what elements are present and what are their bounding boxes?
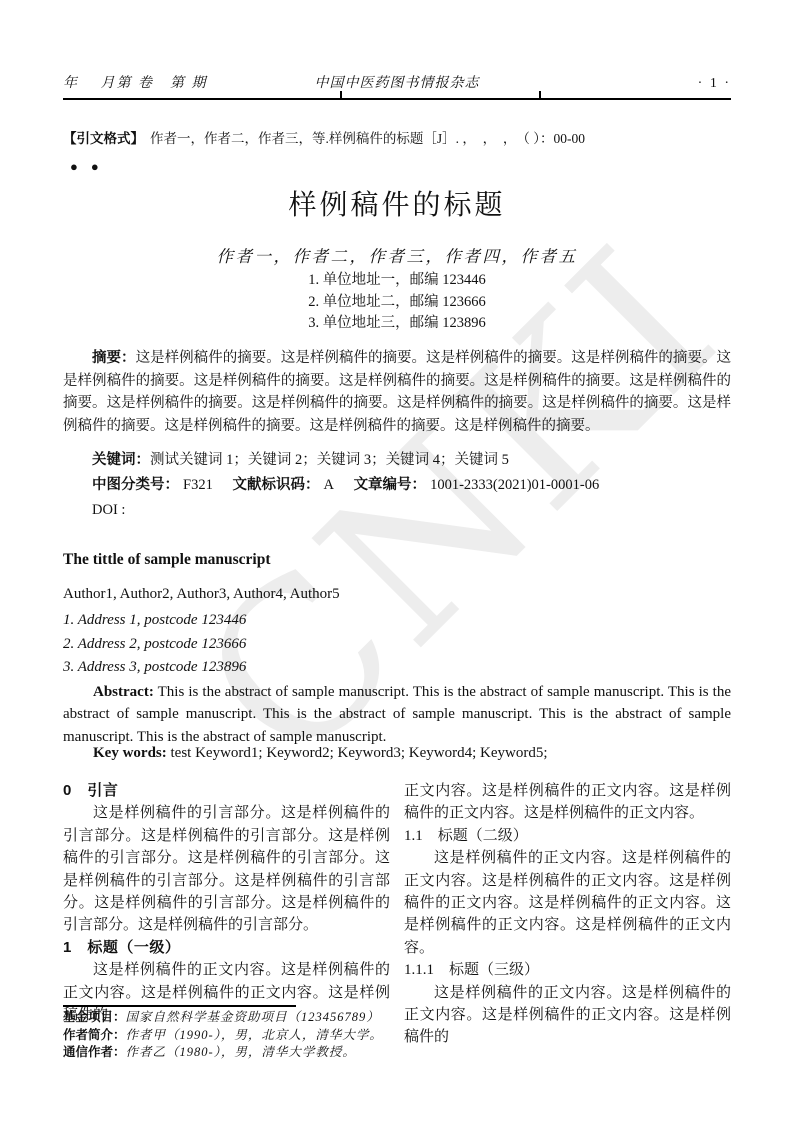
section-heading-intro: 0 引言 <box>63 780 390 802</box>
footnote-block: 基金项目：国家自然科学基金资助项目（123456789） 作者简介：作者甲（19… <box>63 1009 731 1062</box>
english-title: The tittle of sample manuscript <box>63 551 731 569</box>
footnote-corresponding-author-line: 通信作者：作者乙（1980-），男，清华大学教授。 <box>63 1044 731 1062</box>
article-title: 样例稿件的标题 <box>0 183 794 223</box>
author-list: 作者一，作者二，作者三，作者四，作者五 <box>0 243 794 267</box>
decorative-bullets: ●● <box>70 159 112 175</box>
header-issue-info: 年 月第 卷 第 期 <box>63 72 272 92</box>
manuscript-page: CNKI 年 月第 卷 第 期 中国中医药图书情报杂志 · 1 · 【引文格式】… <box>0 0 794 1123</box>
footnote-author-bio-line: 作者简介：作者甲（1990-），男，北京人，清华大学。 <box>63 1027 731 1045</box>
affiliation-line: 2. 单位地址二，邮编 123666 <box>0 292 794 314</box>
classification-line: 中图分类号：F321 文献标识码：A 文章编号：1001-2333(2021)0… <box>63 474 731 497</box>
english-affiliation-line: 1. Address 1, postcode 123446 <box>63 609 731 633</box>
english-abstract-text: This is the abstract of sample manuscrip… <box>63 684 731 745</box>
citation-format-label: 【引文格式】 <box>63 131 144 146</box>
page-header: 年 月第 卷 第 期 中国中医药图书情报杂志 · 1 · <box>63 72 731 100</box>
english-keywords-label: Key words: <box>93 745 167 761</box>
section-heading-1-1-1: 1.1.1 标题（三级） <box>404 959 731 981</box>
affiliation-list: 1. 单位地址一，邮编 123446 2. 单位地址二，邮编 123666 3.… <box>0 270 794 335</box>
keywords-cn: 关键词：测试关键词 1；关键词 2；关键词 3；关键词 4；关键词 5 <box>63 449 731 472</box>
clc-pair: 中图分类号：F321 <box>92 477 213 493</box>
journal-title: 中国中医药图书情报杂志 <box>272 72 523 92</box>
english-abstract: Abstract: This is the abstract of sample… <box>63 681 731 748</box>
english-keywords: Key words: test Keyword1; Keyword2; Keyw… <box>63 745 731 762</box>
corresponding-author-text: 作者乙（1980-），男，清华大学教授。 <box>126 1045 356 1059</box>
section-1-1-paragraph: 这是样例稿件的正文内容。这是样例稿件的正文内容。这是样例稿件的正文内容。这是样例… <box>404 847 731 959</box>
header-rule-tick-right <box>539 91 541 99</box>
intro-paragraph: 这是样例稿件的引言部分。这是样例稿件的引言部分。这是样例稿件的引言部分。这是样例… <box>63 802 390 936</box>
section-heading-1: 1 标题（一级） <box>63 937 390 959</box>
english-affiliation-line: 2. Address 2, postcode 123666 <box>63 633 731 657</box>
citation-format-text: 作者一，作者二，作者三，等.样例稿件的标题［J］. ， ， ， （ ）：00-0… <box>150 131 585 146</box>
english-author-list: Author1, Author2, Author3, Author4, Auth… <box>63 586 731 603</box>
article-id-pair: 文章编号：1001-2333(2021)01-0001-06 <box>354 477 600 493</box>
header-rule-tick-left <box>340 91 342 99</box>
page-content: 年 月第 卷 第 期 中国中医药图书情报杂志 · 1 · 【引文格式】作者一，作… <box>0 0 794 1123</box>
english-keywords-text: test Keyword1; Keyword2; Keyword3; Keywo… <box>171 745 548 761</box>
author-bio-text: 作者甲（1990-），男，北京人，清华大学。 <box>126 1028 383 1042</box>
doc-code-label: 文献标识码： <box>232 477 319 493</box>
english-affiliation-line: 3. Address 3, postcode 123896 <box>63 656 731 680</box>
abstract-cn: 摘要：这是样例稿件的摘要。这是样例稿件的摘要。这是样例稿件的摘要。这是样例稿件的… <box>63 347 731 437</box>
article-id-label: 文章编号： <box>354 477 427 493</box>
affiliation-line: 1. 单位地址一，邮编 123446 <box>0 270 794 292</box>
clc-label: 中图分类号： <box>92 477 179 493</box>
clc-value: F321 <box>183 477 213 493</box>
abstract-cn-text: 这是样例稿件的摘要。这是样例稿件的摘要。这是样例稿件的摘要。这是样例稿件的摘要。… <box>63 350 731 434</box>
keywords-cn-label: 关键词： <box>92 452 150 468</box>
citation-format-line: 【引文格式】作者一，作者二，作者三，等.样例稿件的标题［J］. ， ， ， （ … <box>63 127 731 147</box>
section-heading-1-1: 1.1 标题（二级） <box>404 825 731 847</box>
english-abstract-label: Abstract: <box>93 684 154 700</box>
footnote-fund-line: 基金项目：国家自然科学基金资助项目（123456789） <box>63 1009 731 1027</box>
abstract-cn-label: 摘要： <box>92 350 136 366</box>
article-id-value: 1001-2333(2021)01-0001-06 <box>430 477 599 493</box>
author-bio-label: 作者简介： <box>63 1028 126 1042</box>
page-number: · 1 · <box>522 76 731 92</box>
affiliation-line: 3. 单位地址三，邮编 123896 <box>0 313 794 335</box>
fund-label: 基金项目： <box>63 1010 126 1024</box>
corresponding-author-label: 通信作者： <box>63 1045 126 1059</box>
doc-code-pair: 文献标识码：A <box>232 477 333 493</box>
doc-code-value: A <box>323 477 333 493</box>
doi-line: DOI : <box>63 499 731 522</box>
english-affiliation-list: 1. Address 1, postcode 123446 2. Address… <box>63 609 731 680</box>
section-1-paragraph-continued: 正文内容。这是样例稿件的正文内容。这是样例稿件的正文内容。这是样例稿件的正文内容… <box>404 780 731 825</box>
keywords-cn-text: 测试关键词 1；关键词 2；关键词 3；关键词 4；关键词 5 <box>150 452 509 468</box>
fund-text: 国家自然科学基金资助项目（123456789） <box>126 1010 380 1024</box>
footnote-separator-rule <box>63 1005 296 1007</box>
